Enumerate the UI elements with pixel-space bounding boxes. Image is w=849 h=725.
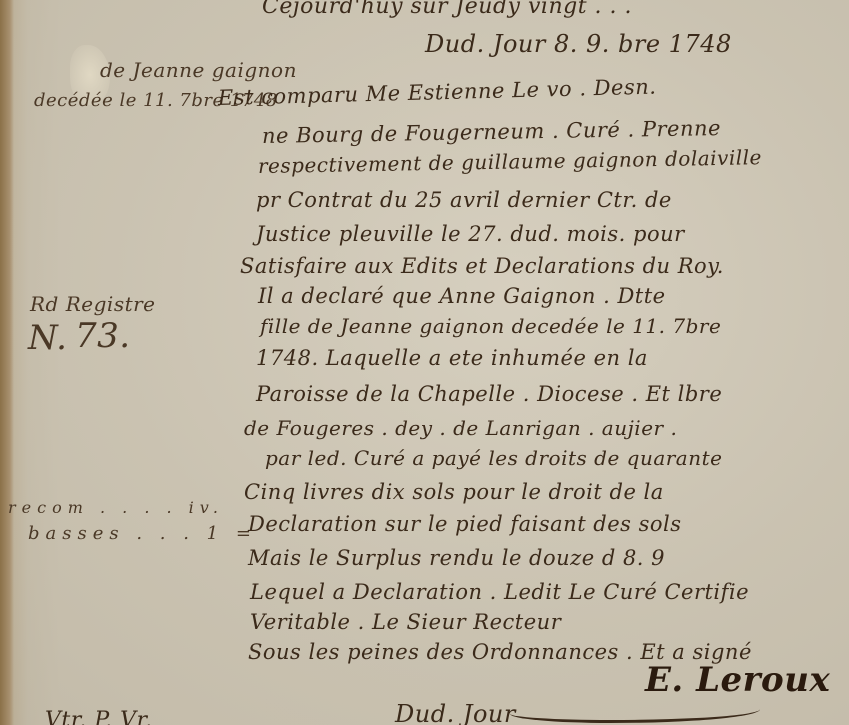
body-line-9: Il a declaré que Anne Gaignon . Dtte	[258, 284, 666, 308]
margin-number-label: N.	[28, 318, 67, 358]
body-line-16: Declaration sur le pied faisant des sols	[248, 512, 682, 536]
body-line-4: ne Bourg de Fougerneum . Curé . Prenne	[262, 116, 721, 148]
margin-fee-line-1: recom . . . . iv.	[8, 498, 224, 517]
margin-name: de Jeanne gaignon	[100, 58, 297, 82]
margin-number-value: 73.	[75, 316, 131, 356]
body-line-13: de Fougeres . dey . de Lanrigan . aujier…	[244, 416, 677, 440]
body-line-7: Justice pleuville le 27. dud. mois. pour	[256, 222, 685, 246]
bottom-partial-left: Vtr. P. Vr.	[45, 708, 153, 725]
body-line-10: fille de Jeanne gaignon decedée le 11. 7…	[260, 314, 721, 338]
body-line-17: Mais le Surplus rendu le douze d 8. 9	[248, 546, 665, 570]
signature: E. Leroux	[645, 660, 830, 700]
body-line-5: respectivement de guillaume gaignon dola…	[258, 145, 762, 178]
margin-register: Rd Registre	[30, 292, 156, 316]
body-line-8: Satisfaire aux Edits et Declarations du …	[240, 254, 724, 278]
body-line-14: par led. Curé a payé les droits de quara…	[265, 446, 723, 470]
bottom-partial-center: Dud. Jour	[395, 700, 516, 725]
register-page: de Jeanne gaignon decédée le 11. 7bre 17…	[0, 0, 849, 725]
body-line-11: 1748. Laquelle a ete inhumée en la	[256, 346, 648, 370]
body-line-19: Veritable . Le Sieur Recteur	[250, 610, 561, 634]
page-binding-edge	[0, 0, 14, 725]
body-line-15: Cinq livres dix sols pour le droit de la	[244, 480, 664, 504]
margin-fee-line-2: basses . . . 1 =	[28, 523, 257, 544]
body-line-2: Dud. Jour 8. 9. bre 1748	[425, 30, 732, 58]
body-line-6: pr Contrat du 25 avril dernier Ctr. de	[256, 188, 672, 212]
body-line-12: Paroisse de la Chapelle . Diocese . Et l…	[256, 382, 722, 406]
body-line-18: Lequel a Declaration . Ledit Le Curé Cer…	[250, 580, 749, 604]
body-line-1: Cejourd'huy sur Jeudy vingt . . .	[262, 0, 632, 19]
signature-flourish	[510, 700, 760, 723]
